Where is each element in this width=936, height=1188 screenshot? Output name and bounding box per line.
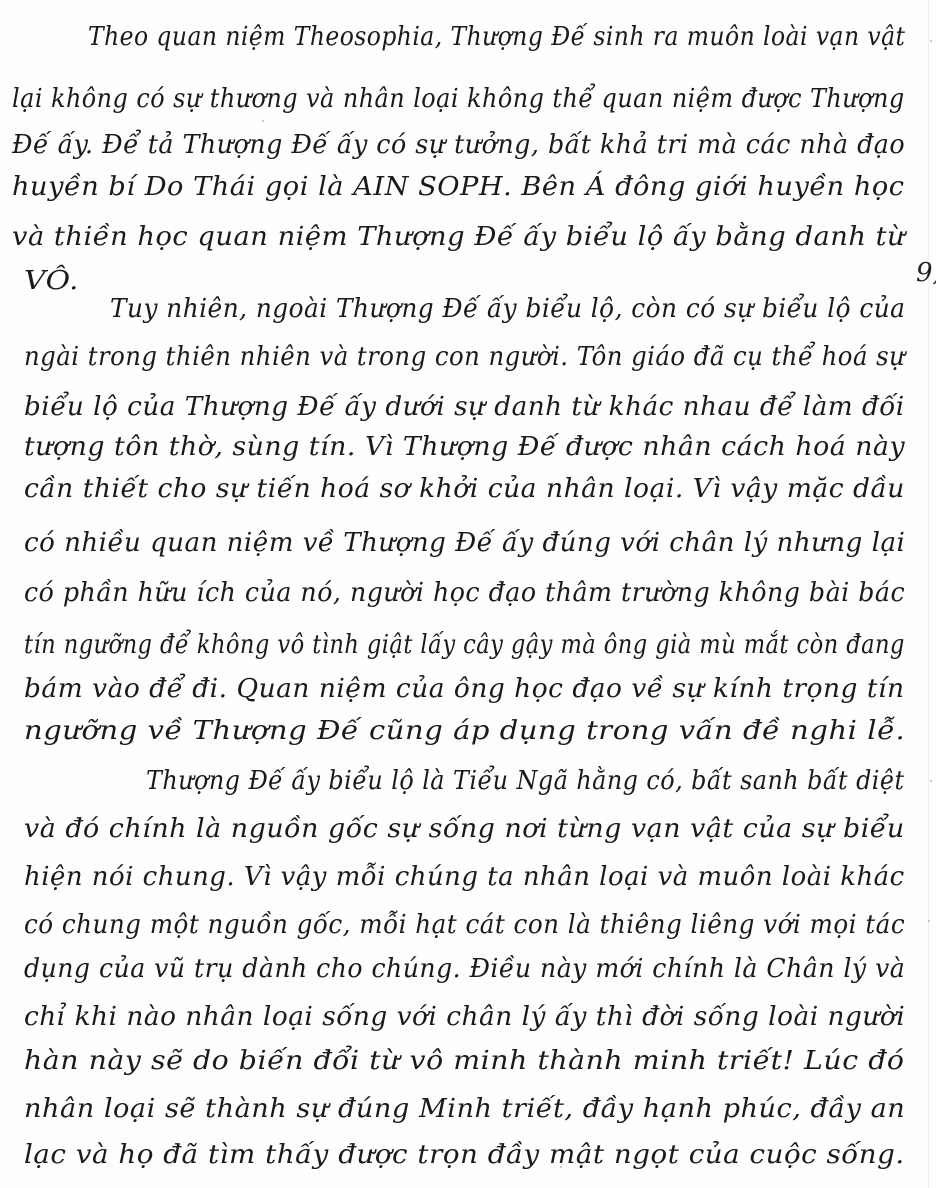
scan-edge-line: [928, 0, 929, 1188]
text-line: VÔ.: [24, 266, 79, 296]
text-line: và thiền học quan niệm Thượng Đế ấy biểu…: [12, 222, 905, 252]
text-line: bám vào để đi. Quan niệm của ông học đạo…: [24, 674, 904, 704]
text-line: lạc và họ đã tìm thấy được trọn đầy mật …: [24, 1140, 905, 1170]
text-line: Đế ấy. Để tả Thượng Đế ấy có sự tưởng, b…: [12, 130, 905, 160]
text-line: lại không có sự thương và nhân loại khôn…: [12, 84, 905, 114]
text-line: tượng tôn thờ, sùng tín. Vì Thượng Đế đư…: [24, 432, 905, 462]
text-line: chỉ khi nào nhân loại sống với chân lý ấ…: [24, 1002, 905, 1032]
text-line: Thượng Đế ấy biểu lộ là Tiểu Ngã hằng có…: [146, 766, 905, 796]
text-line: huyền bí Do Thái gọi là AIN SOPH. Bên Á …: [12, 172, 904, 202]
handwritten-page: Theo quan niệm Theosophia, Thượng Đế sin…: [0, 0, 936, 1188]
text-line: có nhiều quan niệm về Thượng Đế ấy đúng …: [24, 528, 905, 558]
margin-mark: 9,: [916, 258, 936, 288]
text-line: hiện nói chung. Vì vậy mỗi chúng ta nhân…: [24, 862, 905, 892]
text-line: ngài trong thiên nhiên và trong con ngườ…: [24, 342, 905, 372]
text-line: có chung một nguồn gốc, mỗi hạt cát con …: [24, 910, 905, 940]
text-line: Tuy nhiên, ngoài Thượng Đế ấy biểu lộ, c…: [110, 294, 905, 324]
text-line: nhân loại sẽ thành sự đúng Minh triết, đ…: [24, 1094, 905, 1124]
text-line: và đó chính là nguồn gốc sự sống nơi từn…: [24, 814, 905, 844]
text-line: dụng của vũ trụ dành cho chúng. Điều này…: [24, 954, 905, 984]
text-line: biểu lộ của Thượng Đế ấy dưới sự danh từ…: [24, 392, 905, 422]
text-line: cần thiết cho sự tiến hoá sơ khởi của nh…: [24, 474, 905, 504]
text-line: ngưỡng về Thượng Đế cũng áp dụng trong v…: [24, 716, 905, 746]
text-line: hàn này sẽ do biến đổi từ vô minh thành …: [24, 1046, 905, 1076]
text-line: Theo quan niệm Theosophia, Thượng Đế sin…: [88, 22, 905, 52]
text-line: có phần hữu ích của nó, người học đạo th…: [24, 578, 905, 608]
text-line: tín ngưỡng để không vô tình giật lấy cây…: [24, 630, 905, 660]
